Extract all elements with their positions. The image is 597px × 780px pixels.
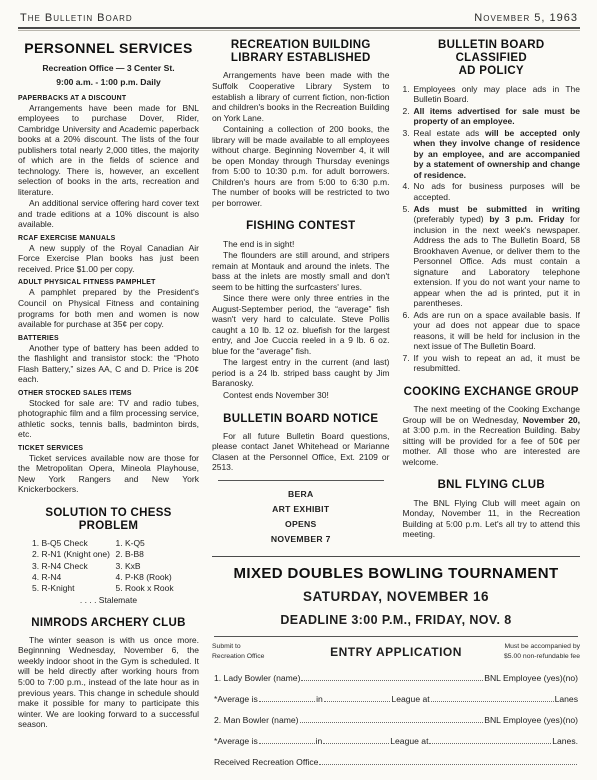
section-label: OTHER STOCKED SALES ITEMS bbox=[18, 390, 199, 397]
section-paperbacks: PAPERBACKS AT A DISCOUNT Arrangements ha… bbox=[18, 95, 199, 230]
paragraph: An additional service offering hard cove… bbox=[18, 198, 199, 230]
tournament-section: MIXED DOUBLES BOWLING TOURNAMENT SATURDA… bbox=[212, 547, 580, 767]
entry-form-header: Submit to Recreation Office ENTRY APPLIC… bbox=[212, 642, 580, 662]
art-exhibit-notice: BERA ART EXHIBIT OPENS NOVEMBER 7 bbox=[212, 487, 390, 547]
right-columns: RECREATION BUILDING LIBRARY ESTABLISHED … bbox=[212, 38, 580, 547]
in-label: in bbox=[316, 736, 323, 746]
recreation-office-info: Recreation Office — 3 Center St. 9:00 a.… bbox=[18, 62, 199, 90]
average-label: *Average is bbox=[214, 736, 258, 746]
policy-item: 3. Real estate ads will be accepted only… bbox=[403, 128, 581, 181]
policy-item-number: 7. bbox=[403, 353, 414, 374]
form-row-man-average: *Average is in League at Lanes. bbox=[212, 736, 580, 746]
section-label: TICKET SERVICES bbox=[18, 445, 199, 452]
paragraph: Stocked for sale are: TV and radio tubes… bbox=[18, 398, 199, 440]
notice-title: BULLETIN BOARD NOTICE bbox=[212, 413, 390, 426]
section-rcaf-manuals: RCAF EXERCISE MANUALS A new supply of th… bbox=[18, 235, 199, 275]
submit-to-line2: Recreation Office bbox=[212, 652, 330, 662]
form-row-lady-average: *Average is in League at Lanes bbox=[212, 694, 580, 704]
library-title: RECREATION BUILDING LIBRARY ESTABLISHED bbox=[212, 39, 390, 65]
paragraph: The flounders are still around, and stri… bbox=[212, 250, 390, 292]
masthead-rule bbox=[18, 27, 580, 31]
exhibit-line: NOVEMBER 7 bbox=[212, 532, 390, 547]
paragraph: Contest ends November 30! bbox=[212, 390, 390, 401]
lady-bowler-employee-label: BNL Employee (yes)(no) bbox=[484, 673, 578, 683]
league-at-label: League at bbox=[391, 694, 429, 704]
section-other-items: OTHER STOCKED SALES ITEMS Stocked for sa… bbox=[18, 390, 199, 440]
policy-item-number: 3. bbox=[403, 128, 414, 181]
chess-move: 5. R-Knight bbox=[32, 583, 116, 594]
policy-item-text: All items advertised for sale must be pr… bbox=[414, 106, 581, 127]
lady-bowler-name-field bbox=[301, 680, 483, 681]
man-bowler-label: 2. Man Bowler (name) bbox=[214, 715, 299, 725]
policy-item-text: Real estate ads will be accepted only wh… bbox=[414, 128, 581, 181]
section-fitness-pamphlet: ADULT PHYSICAL FITNESS PAMPHLET A pamphl… bbox=[18, 279, 199, 329]
policy-item-number: 4. bbox=[403, 181, 414, 202]
policy-item: 1. Employees only may place ads in The B… bbox=[403, 84, 581, 105]
form-top-rule bbox=[214, 636, 578, 637]
section-ticket-services: TICKET SERVICES Ticket services availabl… bbox=[18, 445, 199, 495]
column-middle: RECREATION BUILDING LIBRARY ESTABLISHED … bbox=[212, 38, 390, 547]
paragraph: The end is in sight! bbox=[212, 239, 390, 250]
paragraph: Arrangements have been made with the Suf… bbox=[212, 70, 390, 123]
paragraph: A pamphlet prepared by the President's C… bbox=[18, 287, 199, 329]
chess-title: SOLUTION TO CHESS PROBLEM bbox=[18, 507, 199, 533]
league-at-label: League at bbox=[390, 736, 428, 746]
paragraph: Arrangements have been made for BNL empl… bbox=[18, 103, 199, 198]
tournament-title: MIXED DOUBLES BOWLING TOURNAMENT bbox=[212, 565, 580, 582]
paragraph: The BNL Flying Club will meet again on M… bbox=[403, 498, 581, 540]
paragraph: The winter season is with us once more. … bbox=[18, 635, 199, 730]
library-title-line1: RECREATION BUILDING bbox=[212, 39, 390, 52]
section-label: BATTERIES bbox=[18, 335, 199, 342]
form-row-lady-bowler: 1. Lady Bowler (name) BNL Employee (yes)… bbox=[212, 673, 580, 683]
average-field bbox=[259, 701, 315, 702]
average-field bbox=[259, 743, 315, 744]
tournament-deadline: DEADLINE 3:00 P.M., FRIDAY, NOV. 8 bbox=[212, 613, 580, 627]
fishing-title: FISHING CONTEST bbox=[212, 220, 390, 233]
policy-item: 2. All items advertised for sale must be… bbox=[403, 106, 581, 127]
lady-bowler-label: 1. Lady Bowler (name) bbox=[214, 673, 300, 683]
section-chess-solution: SOLUTION TO CHESS PROBLEM 1. B-Q5 Check … bbox=[18, 507, 199, 605]
paragraph: The largest entry in the current (and la… bbox=[212, 357, 390, 389]
column-right: BULLETIN BOARD CLASSIFIED AD POLICY 1. E… bbox=[403, 38, 581, 547]
form-row-man-bowler: 2. Man Bowler (name) BNL Employee (yes)(… bbox=[212, 715, 580, 725]
man-bowler-employee-label: BNL Employee (yes)(no) bbox=[484, 715, 578, 725]
chess-move: 4. P-K8 (Rook) bbox=[116, 572, 200, 583]
section-batteries: BATTERIES Another type of battery has be… bbox=[18, 335, 199, 385]
fee-note-line1: Must be accompanied by bbox=[462, 642, 580, 652]
paragraph: Ticket services available now are those … bbox=[18, 453, 199, 495]
form-row-received: Received Recreation Office bbox=[212, 757, 580, 767]
chess-moves-white: 1. B-Q5 Check 2. R-N1 (Knight one) 3. R-… bbox=[32, 538, 116, 593]
policy-item-text: Employees only may place ads in The Bull… bbox=[414, 84, 581, 105]
policy-item: 7. If you wish to repeat an ad, it must … bbox=[403, 353, 581, 374]
man-bowler-name-field bbox=[300, 722, 484, 723]
exhibit-line: ART EXHIBIT bbox=[212, 502, 390, 517]
tournament-date: SATURDAY, NOVEMBER 16 bbox=[212, 589, 580, 604]
chess-move: 5. Rook x Rook bbox=[116, 583, 200, 594]
policy-item-number: 5. bbox=[403, 204, 414, 309]
section-archery-club: NIMRODS ARCHERY CLUB The winter season i… bbox=[18, 617, 199, 730]
policy-item-text: Ads must be submitted in writing (prefer… bbox=[414, 204, 581, 309]
chess-move: 3. KxB bbox=[116, 561, 200, 572]
office-address: Recreation Office — 3 Center St. bbox=[18, 62, 199, 76]
paragraph: The next meeting of the Cooking Exchange… bbox=[403, 404, 581, 467]
section-label: RCAF EXERCISE MANUALS bbox=[18, 235, 199, 242]
exhibit-line: OPENS bbox=[212, 517, 390, 532]
section-label: PAPERBACKS AT A DISCOUNT bbox=[18, 95, 199, 102]
policy-item-number: 2. bbox=[403, 106, 414, 127]
average-label: *Average is bbox=[214, 694, 258, 704]
policy-item: 5. Ads must be submitted in writing (pre… bbox=[403, 204, 581, 309]
submit-to-note: Submit to Recreation Office bbox=[212, 642, 330, 662]
flying-club-title: BNL FLYING CLUB bbox=[403, 479, 581, 492]
masthead-title: The Bulletin Board bbox=[20, 12, 133, 24]
in-label: in bbox=[316, 694, 323, 704]
policy-item: 6. Ads are run on a space available basi… bbox=[403, 310, 581, 352]
right-area: RECREATION BUILDING LIBRARY ESTABLISHED … bbox=[212, 38, 580, 767]
page-columns: PERSONNEL SERVICES Recreation Office — 3… bbox=[18, 38, 580, 767]
cooking-title: COOKING EXCHANGE GROUP bbox=[403, 386, 581, 399]
section-label: ADULT PHYSICAL FITNESS PAMPHLET bbox=[18, 279, 199, 286]
masthead-date: November 5, 1963 bbox=[474, 12, 578, 24]
fee-note: Must be accompanied by $5.00 non-refunda… bbox=[462, 642, 580, 662]
league-field bbox=[429, 743, 551, 744]
chess-move: 1. B-Q5 Check bbox=[32, 538, 116, 549]
archery-title: NIMRODS ARCHERY CLUB bbox=[18, 617, 199, 630]
received-field bbox=[319, 764, 577, 765]
paragraph: Containing a collection of 200 books, th… bbox=[212, 124, 390, 208]
policy-title: BULLETIN BOARD CLASSIFIED AD POLICY bbox=[403, 39, 581, 79]
policy-item: 4. No ads for business purposes will be … bbox=[403, 181, 581, 202]
lanes-label: Lanes bbox=[555, 694, 578, 704]
tournament-top-rule bbox=[212, 556, 580, 557]
policy-title-line2: AD POLICY bbox=[403, 65, 581, 78]
chess-move: 4. R-N4 bbox=[32, 572, 116, 583]
chess-move: 3. R-N4 Check bbox=[32, 561, 116, 572]
chess-move: 1. K-Q5 bbox=[116, 538, 200, 549]
fee-note-line2: $5.00 non-refundable fee bbox=[462, 652, 580, 662]
paragraph: Another type of battery has been added t… bbox=[18, 343, 199, 385]
league-field bbox=[431, 701, 554, 702]
policy-item-text: No ads for business purposes will be acc… bbox=[414, 181, 581, 202]
chess-move: 2. R-N1 (Knight one) bbox=[32, 549, 116, 560]
office-hours: 9:00 a.m. - 1:00 p.m. Daily bbox=[18, 76, 199, 90]
paragraph: For all future Bulletin Board questions,… bbox=[212, 431, 390, 473]
paragraph: Since there were only three entries in t… bbox=[212, 293, 390, 356]
policy-title-line1: BULLETIN BOARD CLASSIFIED bbox=[403, 39, 581, 65]
exhibit-divider bbox=[218, 480, 384, 481]
library-title-line2: LIBRARY ESTABLISHED bbox=[212, 52, 390, 65]
chess-move: 2. B-B8 bbox=[116, 549, 200, 560]
submit-to-line1: Submit to bbox=[212, 642, 330, 652]
column-left: PERSONNEL SERVICES Recreation Office — 3… bbox=[18, 38, 199, 767]
policy-item-text: If you wish to repeat an ad, it must be … bbox=[414, 353, 581, 374]
masthead: The Bulletin Board November 5, 1963 bbox=[18, 12, 580, 27]
in-field bbox=[324, 701, 391, 702]
chess-moves-black: 1. K-Q5 2. B-B8 3. KxB 4. P-K8 (Rook) 5.… bbox=[116, 538, 200, 593]
lanes-label: Lanes. bbox=[552, 736, 578, 746]
policy-item-number: 6. bbox=[403, 310, 414, 352]
entry-application-title: ENTRY APPLICATION bbox=[330, 645, 462, 659]
policy-item-number: 1. bbox=[403, 84, 414, 105]
exhibit-line: BERA bbox=[212, 487, 390, 502]
received-label: Received Recreation Office bbox=[214, 757, 318, 767]
paragraph: A new supply of the Royal Canadian Air F… bbox=[18, 243, 199, 275]
personnel-services-title: PERSONNEL SERVICES bbox=[18, 40, 199, 56]
in-field bbox=[323, 743, 389, 744]
chess-result: . . . . Stalemate bbox=[18, 595, 199, 605]
policy-item-text: Ads are run on a space available basis. … bbox=[414, 310, 581, 352]
chess-moves: 1. B-Q5 Check 2. R-N1 (Knight one) 3. R-… bbox=[32, 538, 199, 593]
newsletter-page: The Bulletin Board November 5, 1963 PERS… bbox=[0, 0, 597, 780]
